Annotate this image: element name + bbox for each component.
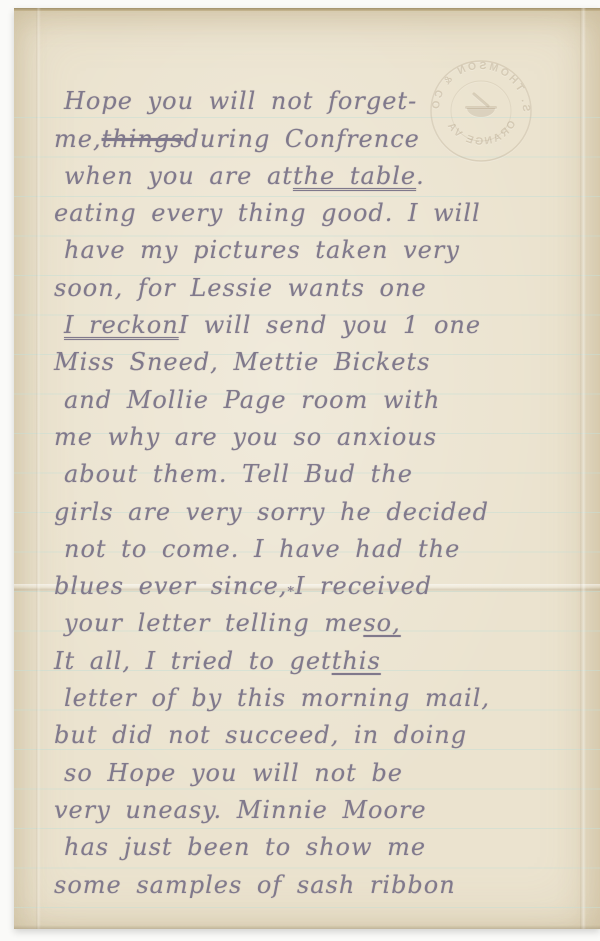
handwritten-line: Miss Sneed, Mettie Bickets [50,339,596,376]
handwritten-line: your letter telling me so, [50,600,596,637]
handwritten-text-segment: this [332,647,381,675]
handwritten-line: but did not succeed, in doing [50,712,596,749]
paper-bottom-edge [14,925,600,929]
handwritten-line: girls are very sorry he decided [50,488,596,525]
handwritten-text-segment: I reckon [64,311,179,339]
handwritten-line: so Hope you will not be [50,749,596,786]
handwritten-text-segment: so Hope you will not be [64,759,403,787]
handwritten-text-segment: the table [293,162,416,190]
handwritten-text-segment: I will send you 1 one [179,311,481,339]
handwritten-line: Hope you will not forget- [50,78,596,115]
handwritten-text-segment: letter of by this morning mail, [64,684,490,712]
handwritten-line: not to come. I have had the [50,526,596,563]
handwritten-line: I reckon I will send you 1 one [50,302,596,339]
handwritten-text-segment: has just been to show me [64,833,426,861]
handwritten-text-segment: Miss Sneed, Mettie Bickets [54,348,430,376]
handwritten-text-segment: your letter telling me [64,609,363,637]
handwritten-line: when you are at the table. [50,153,596,190]
fold-crease-vertical-left [36,8,41,929]
handwritten-text-segment: have my pictures taken very [64,236,460,264]
handwritten-line: soon, for Lessie wants one [50,264,596,301]
handwritten-line: It all, I tried to get this [50,637,596,674]
handwritten-text-segment: It all, I tried to get [54,647,332,675]
handwritten-text-segment: some samples of sash ribbon [54,871,456,899]
handwritten-line: very uneasy. Minnie Moore [50,787,596,824]
handwritten-line: blues ever since,* I received [50,563,596,600]
handwritten-text-segment: girls are very sorry he decided [54,498,489,526]
handwritten-text-segment: Hope you will not forget- [64,87,417,115]
handwritten-text-segment: soon, for Lessie wants one [54,274,427,302]
handwritten-text-segment: I received [295,572,432,600]
handwritten-line: and Mollie Page room with [50,376,596,413]
handwritten-line: letter of by this morning mail, [50,675,596,712]
handwritten-text-segment: very uneasy. Minnie Moore [54,796,427,824]
handwritten-text-segment: when you are at [64,162,293,190]
handwritten-line: some samples of sash ribbon [50,861,596,898]
handwritten-line: about them. Tell Bud the [50,451,596,488]
handwritten-text-segment: eating every thing good. I will [54,199,481,227]
handwritten-text-segment: blues ever since, [54,572,287,600]
handwritten-text-segment: me why are you so anxious [54,423,437,451]
handwriting-lines: Hope you will not forget-me, things duri… [50,78,596,899]
paper-top-edge [14,8,600,11]
handwritten-text-segment: during Confrence [184,125,420,153]
handwritten-line: me why are you so anxious [50,414,596,451]
handwritten-text-segment: and Mollie Page room with [64,386,440,414]
handwritten-text-segment: things [102,125,184,153]
handwritten-line: eating every thing good. I will [50,190,596,227]
handwritten-text-segment: not to come. I have had the [64,535,460,563]
letter-paper: S. THOMSON & CO ORANGE VA Hope you will … [14,8,600,929]
handwritten-text-segment: so, [363,609,400,637]
handwritten-line: has just been to show me [50,824,596,861]
scan-background: S. THOMSON & CO ORANGE VA Hope you will … [0,0,600,941]
handwritten-text-segment: about them. Tell Bud the [64,460,413,488]
handwritten-line: have my pictures taken very [50,227,596,264]
handwritten-text-segment: me, [54,125,102,153]
handwritten-text-segment: . [416,162,425,190]
handwritten-text-segment: * [287,585,295,600]
handwritten-line: me, things during Confrence [50,115,596,152]
handwritten-text-segment: but did not succeed, in doing [54,721,467,749]
